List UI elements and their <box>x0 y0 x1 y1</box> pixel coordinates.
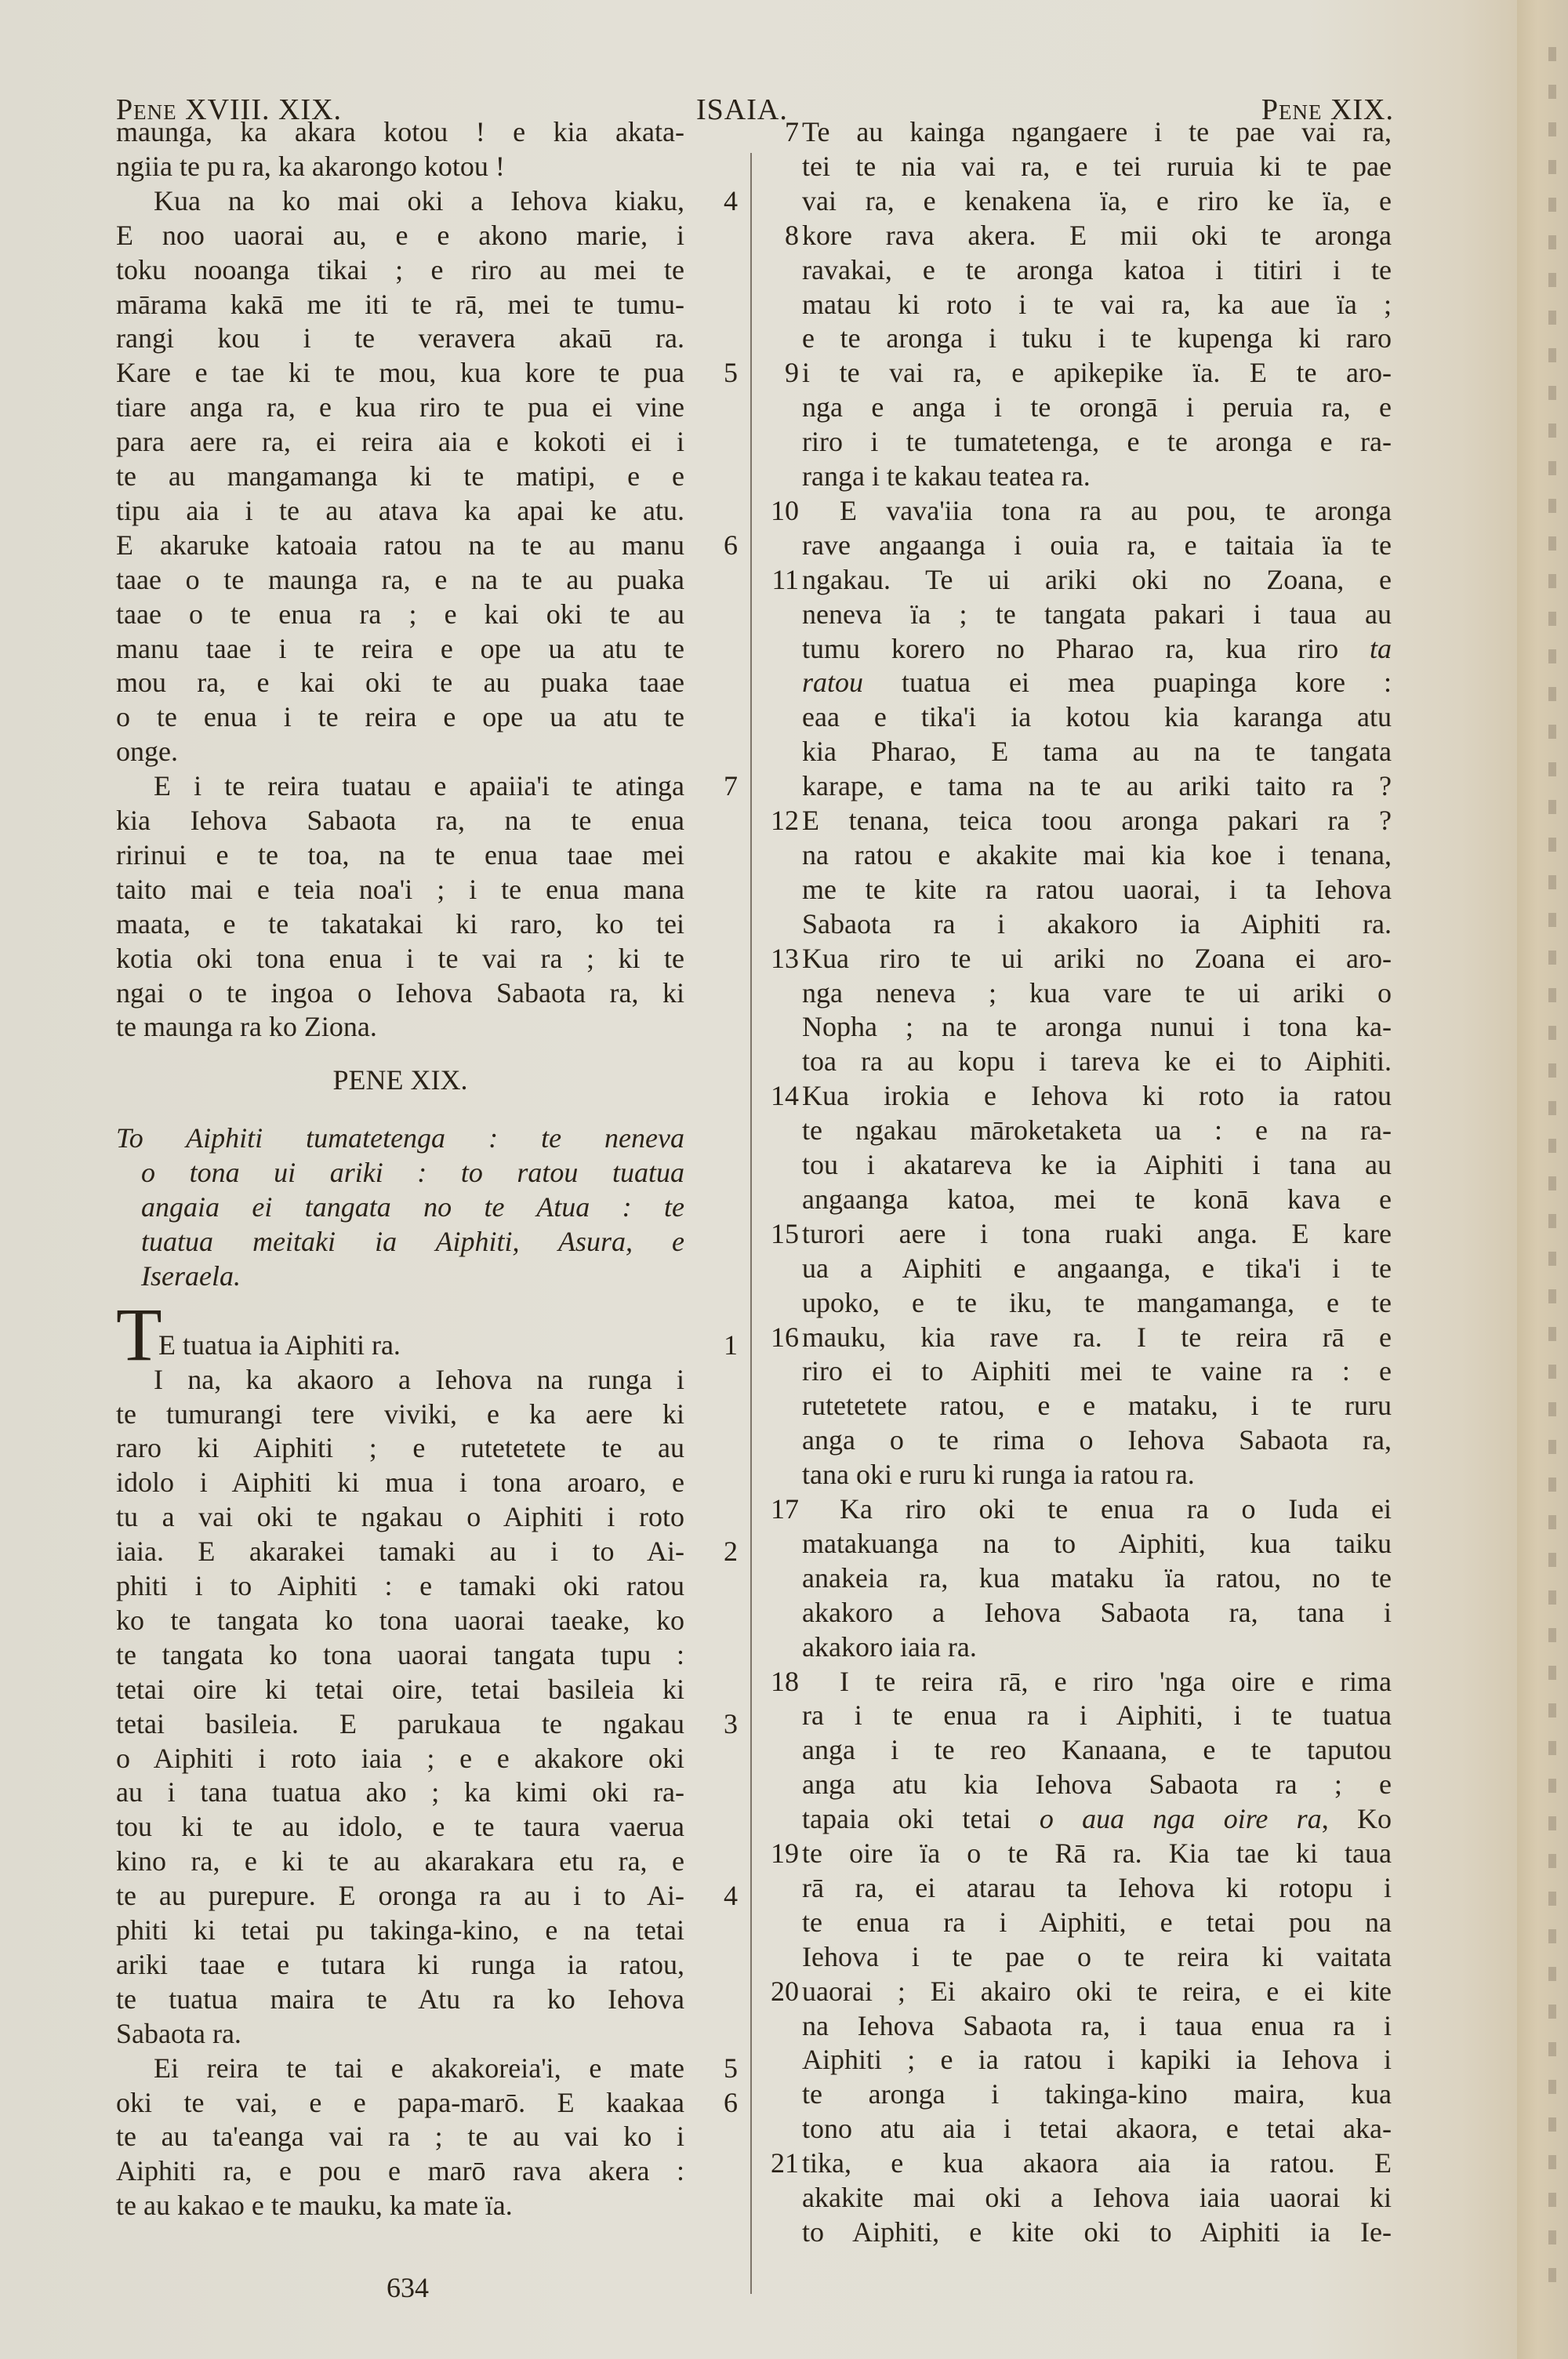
bleed-text-mark <box>1548 235 1556 249</box>
text-line: tou i akatareva ke ia Aiphiti i tana au <box>802 1147 1392 1182</box>
bleed-text-mark <box>1548 1628 1556 1642</box>
text-line: ririnui e te toa, na te enua taae mei <box>116 838 684 872</box>
verse-number: 11 <box>757 562 799 597</box>
text-line: rā ra, ei atarau ta Iehova ki rotopu i <box>802 1870 1392 1905</box>
text-line: riro i te tumatetenga, e te aronga e ra- <box>802 424 1392 459</box>
bleed-text-mark <box>1548 47 1556 61</box>
text-line: au i tana tuatua ako ; ka kimi oki ra- <box>116 1775 684 1809</box>
bleed-text-mark <box>1548 386 1556 400</box>
bleed-text-mark <box>1548 800 1556 814</box>
text-line: taae o te maunga ra, e na te au puaka <box>116 562 684 597</box>
bleed-text-mark <box>1548 687 1556 701</box>
bleed-text-mark <box>1548 1214 1556 1228</box>
text-line: te aronga i takinga-kino maira, kua <box>802 2077 1392 2111</box>
verse-number: 5 <box>715 2051 746 2085</box>
verse-number: 12 <box>757 803 799 838</box>
text-line: o Aiphiti i roto iaia ; e e akakore oki <box>116 1741 684 1776</box>
bleed-text-mark <box>1548 725 1556 739</box>
verse-number: 4 <box>715 1878 746 1913</box>
text-line: te maunga ra ko Ziona. <box>116 1009 684 1044</box>
bleed-text-mark <box>1548 574 1556 588</box>
text-line: E tuatua ia Aiphiti ra. <box>116 1328 684 1362</box>
chapter-heading: PENE XIX. <box>116 1063 684 1097</box>
text-line: vai ra, e kenakena ïa, e riro ke ïa, e <box>802 184 1392 218</box>
text-line: uaorai ; Ei akairo oki te reira, e ei ki… <box>802 1974 1392 2008</box>
text-line: tika, e kua akaora aia ia ratou. E <box>802 2146 1392 2180</box>
verse-number: 7 <box>757 114 799 149</box>
text-line: te enua ra i Aiphiti, e tetai pou na <box>802 1905 1392 1939</box>
bleed-text-mark <box>1548 122 1556 136</box>
text-line: akakite mai oki a Iehova iaia uaorai ki <box>802 2180 1392 2215</box>
verse-number: 21 <box>757 2146 799 2180</box>
bleed-text-mark <box>1548 1779 1556 1793</box>
bleed-text-mark <box>1548 1666 1556 1680</box>
text-line: maata, e te takatakai ki raro, ko tei <box>116 907 684 941</box>
bleed-text-mark <box>1548 1515 1556 1529</box>
text-line: Kare e tae ki te mou, kua kore te pua <box>116 355 684 390</box>
text-line: Ei reira te tai e akakoreia'i, e mate <box>116 2051 684 2085</box>
verse-number: 13 <box>757 941 799 976</box>
text-line: me te kite ra ratou uaorai, i ta Iehova <box>802 872 1392 907</box>
text-line: angaanga katoa, mei te konā kava e <box>802 1182 1392 1216</box>
text-line: te au kakao e te mauku, ka mate ïa. <box>116 2188 684 2223</box>
bleed-text-mark <box>1548 612 1556 626</box>
text-line: tono atu aia i tetai akaora, e tetai aka… <box>802 2111 1392 2146</box>
verse-number: 1 <box>715 1328 746 1362</box>
bleed-text-mark <box>1548 951 1556 965</box>
text-line: tu a vai oki te ngakau o Aiphiti i roto <box>116 1499 684 1534</box>
bleed-text-mark <box>1548 762 1556 776</box>
text-line: karape, e tama na te au ariki taito ra ? <box>802 769 1392 803</box>
text-line: E akaruke katoaia ratou na te au manu <box>116 528 684 562</box>
text-line: te ngakau māroketaketa ua : e na ra- <box>802 1113 1392 1147</box>
text-line: mārama kakā me iti te rā, mei te tumu- <box>116 287 684 322</box>
text-line: E tenana, teica toou aronga pakari ra ? <box>802 803 1392 838</box>
bleed-text-mark <box>1548 1289 1556 1303</box>
text-line: phiti i to Aiphiti : e tamaki oki ratou <box>116 1568 684 1603</box>
text-line: te oire ïa o te Rā ra. Kia tae ki taua <box>802 1836 1392 1870</box>
text-line: tipu aia i te au atava ka apai ke atu. <box>116 493 684 528</box>
text-line: te au ta'eanga vai ra ; te au vai ko i <box>116 2119 684 2154</box>
text-line: kore rava akera. E mii oki te aronga <box>802 218 1392 253</box>
text-line: rave angaanga i ouia ra, e taitaia ïa te <box>802 528 1392 562</box>
text-line: anga i te reo Kanaana, e te taputou <box>802 1732 1392 1767</box>
text-line: Kua riro te ui ariki no Zoana ei aro- <box>802 941 1392 976</box>
bleed-text-mark <box>1548 1063 1556 1078</box>
text-line: raro ki Aiphiti ; e rutetetete te au <box>116 1430 684 1465</box>
text-line: upoko, e te iku, te mangamanga, e te <box>802 1285 1392 1320</box>
text-line: i te vai ra, e apikepike ïa. E te aro- <box>802 355 1392 390</box>
bleed-text-mark <box>1548 198 1556 212</box>
bleed-text-mark <box>1548 1854 1556 1868</box>
text-line: te tangata ko tona uaorai tangata tupu : <box>116 1637 684 1672</box>
bleed-text-mark <box>1548 2117 1556 2132</box>
text-line: mauku, kia rave ra. I te reira rā e <box>802 1320 1392 1354</box>
text-line: tana oki e ruru ki runga ia ratou ra. <box>802 1457 1392 1492</box>
text-line: ngai o te ingoa o Iehova Sabaota ra, ki <box>116 976 684 1010</box>
verse-number: 10 <box>757 493 799 528</box>
text-line: nga neneva ; kua vare te ui ariki o <box>802 976 1392 1010</box>
text-line: tiare anga ra, e kua riro te pua ei vine <box>116 390 684 424</box>
bleed-text-mark <box>1548 988 1556 1002</box>
text-line: Sabaota ra i akakoro ia Aiphiti ra. <box>802 907 1392 941</box>
text-line: I te reira rā, e riro 'nga oire e rima <box>802 1664 1392 1699</box>
bleed-text-mark <box>1548 1892 1556 1906</box>
text-line: ariki taae e tutara ki runga ia ratou, <box>116 1947 684 1982</box>
bleed-text-mark <box>1548 1478 1556 1492</box>
bleed-text-mark <box>1548 1139 1556 1153</box>
bleed-text-mark <box>1548 1402 1556 1416</box>
bleed-text-mark <box>1548 1252 1556 1266</box>
text-line: anakeia ra, kua mataku ïa ratou, no te <box>802 1561 1392 1595</box>
text-line: ko te tangata ko tona uaorai taeake, ko <box>116 1603 684 1637</box>
text-line: onge. <box>116 734 684 769</box>
text-line: akakoro iaia ra. <box>802 1630 1392 1664</box>
text-line: matau ki roto i te vai ra, ka aue ïa ; <box>802 287 1392 322</box>
text-line: nga e anga i te orongā i peruia ra, e <box>802 390 1392 424</box>
text-line: kino ra, e ki te au akarakara etu ra, e <box>116 1844 684 1878</box>
text-line: oki te vai, e e papa-marō. E kaakaa <box>116 2085 684 2120</box>
verse-number: 6 <box>715 2085 746 2120</box>
text-line: angaia ei tangata no te Atua : te <box>116 1190 684 1224</box>
verse-number: 20 <box>757 1974 799 2008</box>
text-line: iaia. E akarakei tamaki au i to Ai- <box>116 1534 684 1568</box>
verse-number: 16 <box>757 1320 799 1354</box>
column-divider <box>750 153 752 2294</box>
bleed-text-mark <box>1548 273 1556 287</box>
bleed-text-mark <box>1548 1440 1556 1454</box>
text-line: matakuanga na to Aiphiti, kua taiku <box>802 1526 1392 1561</box>
text-line: akakoro a Iehova Sabaota ra, tana i <box>802 1595 1392 1630</box>
text-line: Kua na ko mai oki a Iehova kiaku, <box>116 184 684 218</box>
bleed-text-mark <box>1548 1703 1556 1717</box>
text-line: para aere ra, ei reira aia e kokoti ei i <box>116 424 684 459</box>
text-line: Aiphiti ; e ia ratou i kapiki ia Iehova … <box>802 2042 1392 2077</box>
text-line: te tumurangi tere viviki, e ka aere ki <box>116 1397 684 1431</box>
bleed-text-mark <box>1548 85 1556 99</box>
text-line: Kua irokia e Iehova ki roto ia ratou <box>802 1078 1392 1113</box>
text-line: tei te nia vai ra, e tei ruruia ki te pa… <box>802 149 1392 184</box>
adjacent-page-edge <box>1517 0 1568 2359</box>
bleed-text-mark <box>1548 1553 1556 1567</box>
text-line: tuatua meitaki ia Aiphiti, Asura, e <box>116 1224 684 1259</box>
bleed-text-mark <box>1548 160 1556 174</box>
text-line: Nopha ; na te aronga nunui i tona ka- <box>802 1009 1392 1044</box>
text-line: to Aiphiti, e kite oki to Aiphiti ia Ie- <box>802 2215 1392 2249</box>
bleed-text-mark <box>1548 1590 1556 1605</box>
text-line: Te au kainga ngangaere i te pae vai ra, <box>802 114 1392 149</box>
text-line: kia Pharao, E tama au na te tangata <box>802 734 1392 769</box>
bleed-text-mark <box>1548 1026 1556 1040</box>
text-line: e te aronga i tuku i te kupenga ki raro <box>802 321 1392 355</box>
text-line: ranga i te kakau teatea ra. <box>802 459 1392 493</box>
text-line: tetai basileia. E parukaua te ngakau <box>116 1707 684 1741</box>
text-line: phiti ki tetai pu takinga-kino, e na tet… <box>116 1913 684 1947</box>
bleed-text-mark <box>1548 1365 1556 1379</box>
verse-number: 18 <box>757 1664 799 1699</box>
bleed-text-mark <box>1548 536 1556 551</box>
bleed-text-mark <box>1548 2193 1556 2207</box>
drop-cap: T <box>116 1299 162 1370</box>
bleed-text-mark <box>1548 2155 1556 2169</box>
text-line: tumu korero no Pharao ra, kua riro ta <box>802 631 1392 666</box>
bleed-text-mark <box>1548 1967 1556 1981</box>
verse-number: 3 <box>715 1707 746 1741</box>
text-line: anga atu kia Iehova Sabaota ra ; e <box>802 1767 1392 1801</box>
text-line: na Iehova Sabaota ra, i taua enua ra i <box>802 2008 1392 2043</box>
text-line: turori aere i tona ruaki anga. E kare <box>802 1216 1392 1251</box>
text-line: ravakai, e te aronga katoa i titiri i te <box>802 253 1392 287</box>
text-line: E noo uaorai au, e e akono marie, i <box>116 218 684 253</box>
text-line: E i te reira tuatau e apaiia'i te atinga <box>116 769 684 803</box>
text-line: ra i te enua ra i Aiphiti, i te tuatua <box>802 1698 1392 1732</box>
text-line: riro ei to Aiphiti mei te vaine ra : e <box>802 1354 1392 1388</box>
text-line: taito mai e teia noa'i ; i te enua mana <box>116 872 684 907</box>
text-line: eaa e tika'i ia kotou kia karanga atu <box>802 700 1392 734</box>
verse-number: 9 <box>757 355 799 390</box>
bleed-text-mark <box>1548 1101 1556 1115</box>
bleed-text-mark <box>1548 913 1556 927</box>
text-line: rangi kou i te veravera akaū ra. <box>116 321 684 355</box>
text-line: toku nooanga tikai ; e riro au mei te <box>116 253 684 287</box>
bleed-text-mark <box>1548 2268 1556 2282</box>
text-line: tou ki te au idolo, e te taura vaerua <box>116 1809 684 1844</box>
text-line: Sabaota ra. <box>116 2016 684 2051</box>
verse-number: 14 <box>757 1078 799 1113</box>
text-line: kotia oki tona enua i te vai ra ; ki te <box>116 941 684 976</box>
text-line: Iehova i te pae o te reira ki vaitata <box>802 1939 1392 1974</box>
text-line: te au purepure. E oronga ra au i to Ai- <box>116 1878 684 1913</box>
text-line: maunga, ka akara kotou ! e kia akata- <box>116 114 684 149</box>
text-line: tetai oire ki tetai oire, tetai basileia… <box>116 1672 684 1707</box>
bleed-text-mark <box>1548 423 1556 438</box>
text-line: idolo i Aiphiti ki mua i tona aroaro, e <box>116 1465 684 1499</box>
bleed-text-mark <box>1548 311 1556 325</box>
text-line: Aiphiti ra, e pou e marō rava akera : <box>116 2154 684 2188</box>
text-line: ua a Aiphiti e angaanga, e tika'i i te <box>802 1251 1392 1285</box>
bleed-text-mark <box>1548 499 1556 513</box>
bleed-text-mark <box>1548 649 1556 663</box>
text-line: kia Iehova Sabaota ra, na te enua <box>116 803 684 838</box>
bleed-text-mark <box>1548 2042 1556 2056</box>
bleed-text-mark <box>1548 2080 1556 2094</box>
verse-number: 17 <box>757 1492 799 1526</box>
verse-number: 2 <box>715 1534 746 1568</box>
bleed-text-mark <box>1548 1327 1556 1341</box>
text-line: ngiia te pu ra, ka akarongo kotou ! <box>116 149 684 184</box>
text-line: To Aiphiti tumatetenga : te neneva <box>116 1121 684 1155</box>
bleed-text-mark <box>1548 1741 1556 1755</box>
verse-number: 5 <box>715 355 746 390</box>
bleed-text-mark <box>1548 1816 1556 1830</box>
bleed-text-mark <box>1548 875 1556 889</box>
text-line: ngakau. Te ui ariki oki no Zoana, e <box>802 562 1392 597</box>
text-line: o te enua i te reira e ope ua atu te <box>116 700 684 734</box>
bleed-text-mark <box>1548 2005 1556 2019</box>
text-line: E vava'iia tona ra au pou, te aronga <box>802 493 1392 528</box>
text-line: te au mangamanga ki te matipi, e e <box>116 459 684 493</box>
verse-number: 8 <box>757 218 799 253</box>
text-line: o tona ui ariki : to ratou tuatua <box>116 1155 684 1190</box>
bleed-text-mark <box>1548 838 1556 852</box>
verse-number: 15 <box>757 1216 799 1251</box>
text-line: taae o te enua ra ; e kai oki te au <box>116 597 684 631</box>
text-line: rutetetete ratou, e e mataku, i te ruru <box>802 1388 1392 1423</box>
text-line: neneva ïa ; te tangata pakari i taua au <box>802 597 1392 631</box>
bleed-text-mark <box>1548 461 1556 475</box>
bleed-text-mark <box>1548 1929 1556 1943</box>
verse-number: 4 <box>715 184 746 218</box>
text-line: manu taae i te reira e ope ua atu te <box>116 631 684 666</box>
text-line: tapaia oki tetai o aua nga oire ra, Ko <box>802 1801 1392 1836</box>
bleed-text-mark <box>1548 1176 1556 1190</box>
text-line: Ka riro oki te enua ra o Iuda ei <box>802 1492 1392 1526</box>
page-number: 634 <box>368 2271 447 2304</box>
text-line: mou ra, e kai oki te au puaka taae <box>116 665 684 700</box>
text-line: te tuatua maira te Atu ra ko Iehova <box>116 1982 684 2016</box>
bleed-text-mark <box>1548 348 1556 362</box>
bleed-text-mark <box>1548 2230 1556 2245</box>
text-line: Iseraela. <box>116 1259 684 1293</box>
verse-number: 19 <box>757 1836 799 1870</box>
text-line: toa ra au kopu i tareva ke ei to Aiphiti… <box>802 1044 1392 1078</box>
text-line: anga o te rima o Iehova Sabaota ra, <box>802 1423 1392 1457</box>
verse-number: 6 <box>715 528 746 562</box>
text-line: na ratou e akakite mai kia koe i tenana, <box>802 838 1392 872</box>
text-line: I na, ka akaoro a Iehova na runga i <box>116 1362 684 1397</box>
text-line: ratou tuatua ei mea puapinga kore : <box>802 665 1392 700</box>
verse-number: 7 <box>715 769 746 803</box>
